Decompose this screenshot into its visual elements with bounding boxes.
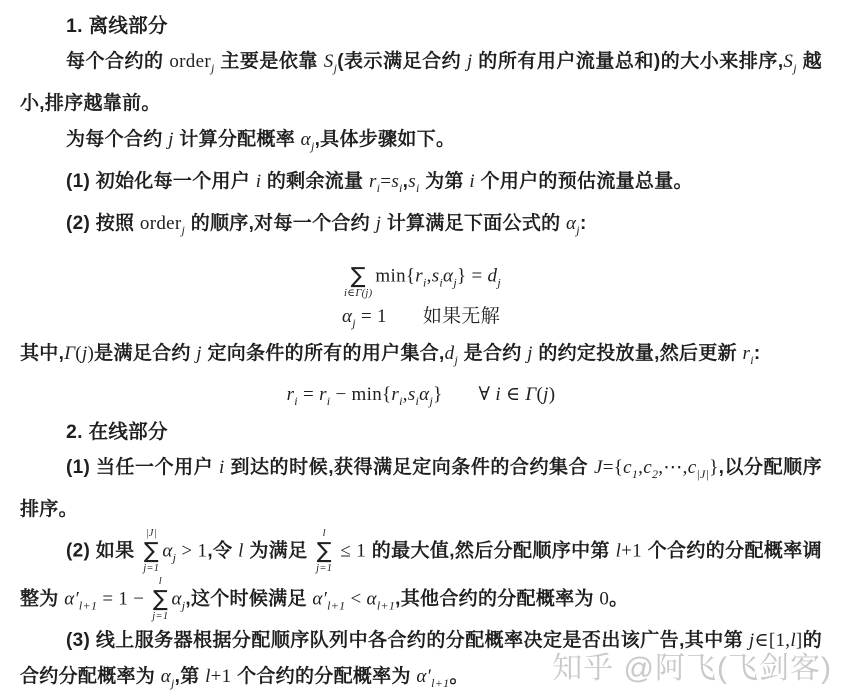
formula-sum-min: ∑i∈Γ(j)min{ri,siαj} = dj [20, 253, 822, 300]
document-page: { "page": { "background": "#ffffff", "te… [0, 0, 842, 694]
online-step-2: (2) 如果 |J|∑j=1αj > 1,令 l 为满足 l∑j=1 ≤ 1 的… [20, 528, 822, 623]
page-body: 1. 离线部分 每个合约的 orderj 主要是依靠 Sj(表示满足合约 j 的… [0, 0, 842, 694]
step-1-init: (1) 初始化每一个用户 i 的剩余流量 ri=si,si 为第 i 个用户的预… [20, 164, 822, 206]
sum-symbol: |J|∑j=1 [143, 528, 159, 575]
para-gamma-def: 其中,Γ(j)是满足合约 j 定向条件的所有的用户集合,dj 是合约 j 的约定… [20, 336, 822, 378]
para-alpha-steps: 为每个合约 j 计算分配概率 αj,具体步骤如下。 [20, 122, 822, 164]
formula-update-r: ri = ri − min{ri,siαj}∀ i ∈ Γ(j) [20, 383, 822, 409]
step-2-order: (2) 按照 orderj 的顺序,对每一个合约 j 计算满足下面公式的 αj: [20, 206, 822, 248]
section-1-heading: 1. 离线部分 [66, 8, 822, 44]
sum-symbol: l∑j=1 [152, 576, 168, 623]
section-2-heading: 2. 在线部分 [66, 414, 822, 450]
formula-alpha-1: αj = 1如果无解 [20, 305, 822, 331]
zhihu-watermark: 知乎 @阿飞(飞剑客) [552, 643, 832, 687]
para-order-sort: 每个合约的 orderj 主要是依靠 Sj(表示满足合约 j 的所有用户流量总和… [20, 44, 822, 122]
sum-symbol: ∑i∈Γ(j) [344, 253, 372, 300]
online-step-1: (1) 当任一个用户 i 到达的时候,获得满足定向条件的合约集合 J={c1,c… [20, 450, 822, 528]
sum-symbol: l∑j=1 [316, 528, 332, 575]
